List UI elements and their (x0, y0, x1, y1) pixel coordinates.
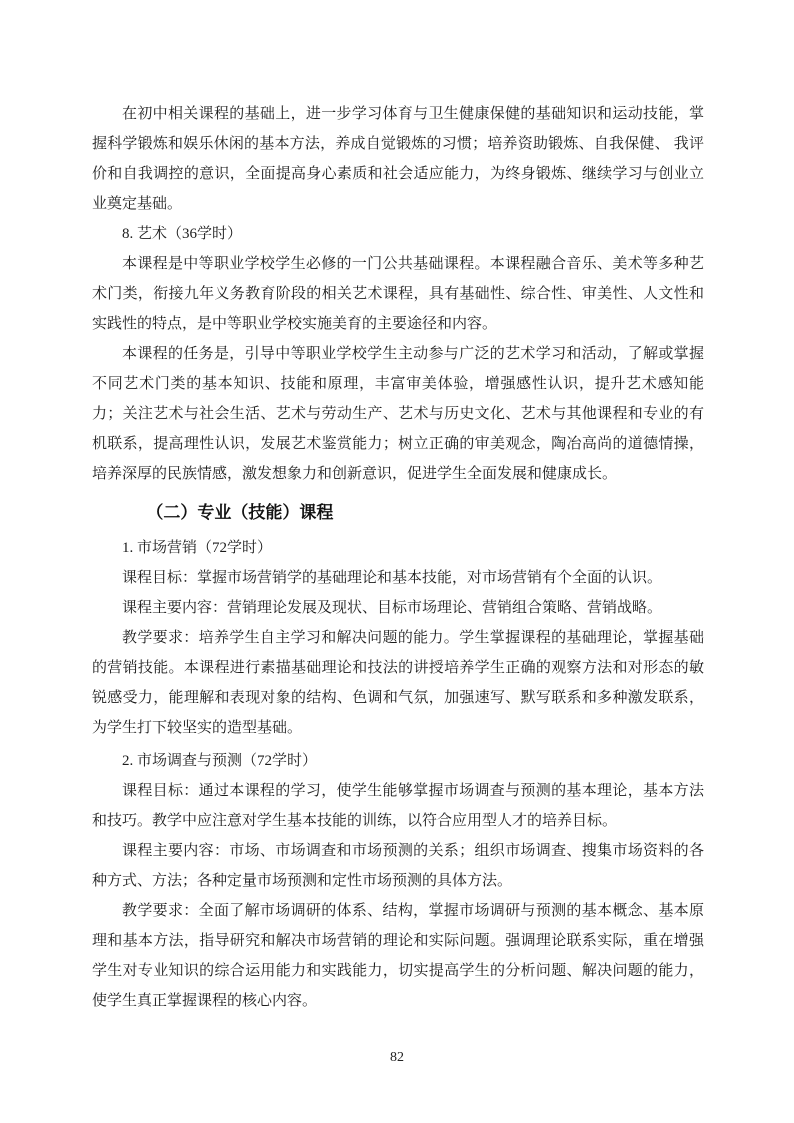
document-text-block: 在初中相关课程的基础上，进一步学习体育与卫生健康保健的基础知识和运动技能，掌握科… (92, 99, 704, 1016)
para-market-research-teaching-requirements: 教学要求：全面了解市场调研的体系、结构，掌握市场调研与预测的基本概念、基本原理和… (92, 896, 704, 1016)
document-page: 在初中相关课程的基础上，进一步学习体育与卫生健康保健的基础知识和运动技能，掌握科… (0, 0, 794, 1123)
item-8-art-course: 8. 艺术（36学时） (92, 219, 704, 249)
para-art-course-tasks: 本课程的任务是，引导中等职业学校学生主动参与广泛的艺术学习和活动，了解或掌握不同… (92, 339, 704, 489)
para-art-course-intro: 本课程是中等职业学校学生必修的一门公共基础课程。本课程融合音乐、美术等多种艺术门… (92, 249, 704, 339)
para-market-research-content: 课程主要内容：市场、市场调查和市场预测的关系；组织市场调查、搜集市场资料的各种方… (92, 836, 704, 896)
para-marketing-teaching-requirements: 教学要求：培养学生自主学习和解决问题的能力。学生掌握课程的基础理论，掌握基础的营… (92, 623, 704, 743)
para-marketing-content: 课程主要内容：营销理论发展及现状、目标市场理论、营销组合策略、营销战略。 (92, 593, 704, 623)
page-number: 82 (0, 1048, 794, 1068)
item-2-market-research-course: 2. 市场调查与预测（72学时） (92, 746, 704, 776)
item-1-marketing-course: 1. 市场营销（72学时） (92, 533, 704, 563)
para-pe-course-requirements: 在初中相关课程的基础上，进一步学习体育与卫生健康保健的基础知识和运动技能，掌握科… (92, 99, 704, 219)
para-marketing-goal: 课程目标：掌握市场营销学的基础理论和基本技能，对市场营销有个全面的认识。 (92, 563, 704, 593)
heading-professional-skill-courses: （二）专业（技能）课程 (92, 495, 704, 531)
para-market-research-goal: 课程目标：通过本课程的学习，使学生能够掌握市场调查与预测的基本理论，基本方法和技… (92, 776, 704, 836)
